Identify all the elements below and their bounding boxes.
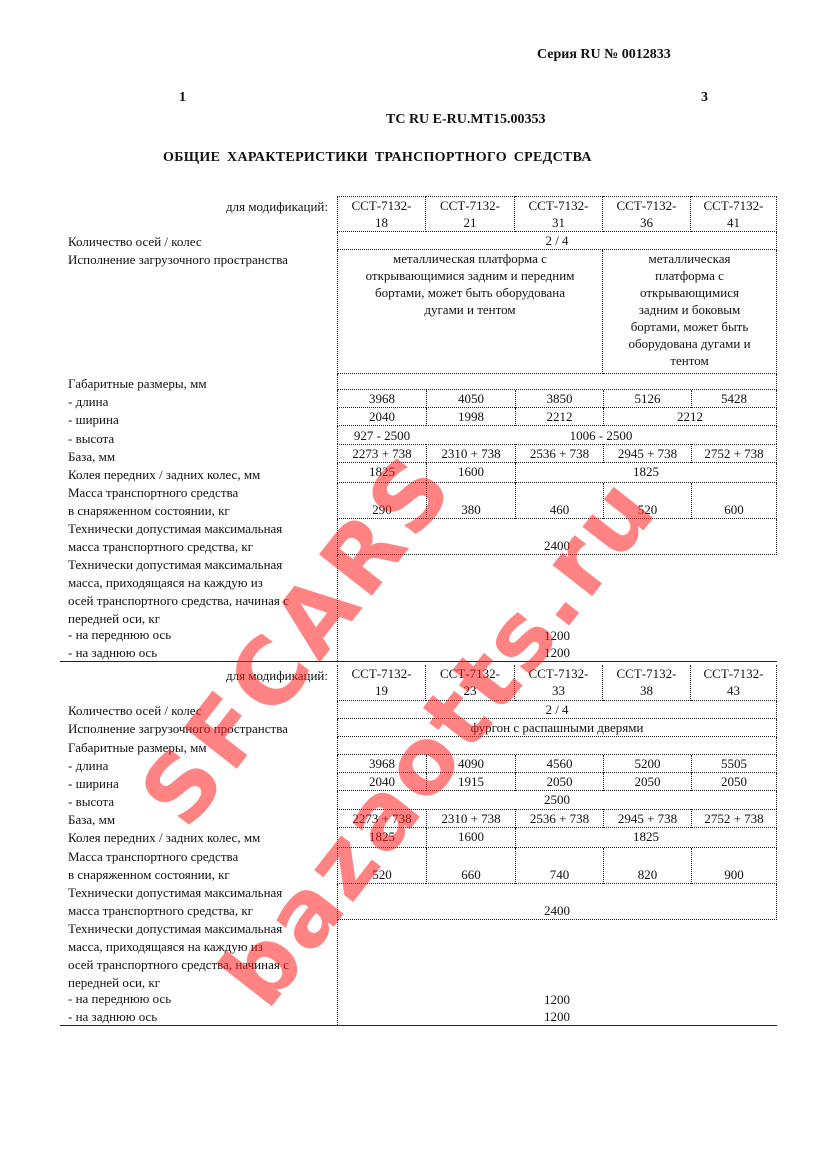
cargo-line: платформа с (655, 267, 724, 284)
model-cell: ССТ-7132-18 (337, 196, 426, 232)
height-value: 2500 (337, 791, 777, 809)
width-value: 1998 (426, 408, 515, 426)
length-value: 3850 (515, 390, 603, 408)
track-value: 1600 (426, 828, 515, 848)
cargo-line: тентом (670, 352, 708, 369)
rear-axle-value: 1200 (337, 644, 777, 661)
curb-mass-value: 600 (691, 483, 777, 519)
width-value: 2050 (515, 773, 603, 791)
label-axle-mass-2: масса, приходящаяся на каждую из (68, 574, 263, 591)
model-cell: ССТ-7132-23 (426, 665, 515, 701)
model-cell: ССТ-7132-38 (603, 665, 691, 701)
label-track: Колея передних / задних колес, мм (68, 829, 260, 846)
model-suffix: 41 (727, 214, 740, 231)
label-axle-mass-4: передней оси, кг (68, 974, 160, 991)
cargo-description-b: металлическая платформа с открывающимися… (603, 250, 777, 374)
base-value: 2752 + 738 (691, 444, 777, 463)
cargo-line: открывающимися задним и передним (366, 267, 575, 284)
base-value: 2945 + 738 (603, 809, 691, 828)
curb-mass-value: 820 (603, 848, 691, 884)
curb-mass-value: 380 (426, 483, 515, 519)
model-code: ССТ-7132- (704, 665, 764, 682)
length-value: 5200 (603, 755, 691, 773)
model-suffix: 36 (640, 214, 653, 231)
label-base: База, мм (68, 448, 115, 465)
block-separator (60, 661, 777, 662)
model-cell: ССТ-7132-31 (515, 196, 603, 232)
cargo-description-a: металлическая платформа с открывающимися… (337, 250, 603, 374)
track-value: 1825 (337, 463, 426, 483)
length-value: 5505 (691, 755, 777, 773)
front-axle-value: 1200 (337, 626, 777, 644)
model-suffix: 23 (464, 682, 477, 699)
label-axle-mass: Технически допустимая максимальная (68, 920, 282, 937)
model-code: ССТ-7132- (352, 197, 412, 214)
model-cell: ССТ-7132-21 (426, 196, 515, 232)
track-value: 1825 (515, 828, 777, 848)
height-value: 927 - 2500 (337, 426, 426, 444)
label-curb-mass-2: в снаряженном состоянии, кг (68, 866, 230, 883)
track-value: 1825 (515, 463, 777, 483)
cargo-line: металлическая (649, 250, 731, 267)
dims-spacer (337, 737, 777, 755)
model-code: ССТ-7132- (440, 665, 500, 682)
base-value: 2536 + 738 (515, 444, 603, 463)
dims-spacer (337, 374, 777, 390)
rear-axle-value: 1200 (337, 1008, 777, 1025)
label-length: - длина (68, 757, 108, 774)
model-cell: ССТ-7132-33 (515, 665, 603, 701)
page-number-left: 1 (179, 90, 186, 106)
label-width: - ширина (68, 775, 119, 792)
label-axle-mass-3: осей транспортного средства, начиная с (68, 592, 289, 609)
width-value: 2040 (337, 773, 426, 791)
curb-mass-value: 460 (515, 483, 603, 519)
width-value: 1915 (426, 773, 515, 791)
model-code: ССТ-7132- (440, 197, 500, 214)
model-suffix: 21 (464, 214, 477, 231)
label-dims: Габаритные размеры, мм (68, 739, 207, 756)
height-value: 1006 - 2500 (426, 426, 777, 444)
model-cell: ССТ-7132-36 (603, 196, 691, 232)
model-code: ССТ-7132- (529, 197, 589, 214)
label-max-mass: Технически допустимая максимальная (68, 520, 282, 537)
label-base: База, мм (68, 811, 115, 828)
cargo-line: бортами, может быть оборудована (375, 284, 565, 301)
width-value: 2212 (603, 408, 777, 426)
width-value: 2050 (603, 773, 691, 791)
label-cargo: Исполнение загрузочного пространства (68, 251, 288, 268)
certificate-number: ТС RU E-RU.МТ15.00353 (386, 112, 545, 128)
label-axle-mass-3: осей транспортного средства, начиная с (68, 956, 289, 973)
cargo-line: металлическая платформа с (393, 250, 547, 267)
width-value: 2212 (515, 408, 603, 426)
series-number: Серия RU № 0012833 (537, 47, 671, 63)
label-modifications: для модификаций: (60, 198, 328, 215)
label-front-axle: - на переднюю ось (68, 626, 171, 643)
base-value: 2273 + 738 (337, 809, 426, 828)
cargo-line: открывающимися (640, 284, 739, 301)
length-value: 5428 (691, 390, 777, 408)
width-value: 2050 (691, 773, 777, 791)
label-axle-mass: Технически допустимая максимальная (68, 556, 282, 573)
max-mass-value: 2400 (337, 519, 777, 555)
model-code: ССТ-7132- (617, 665, 677, 682)
cargo-line: бортами, может быть (631, 318, 749, 335)
label-rear-axle: - на заднюю ось (68, 1008, 157, 1025)
length-value: 4050 (426, 390, 515, 408)
label-front-axle: - на переднюю ось (68, 990, 171, 1007)
curb-mass-value: 520 (337, 848, 426, 884)
label-width: - ширина (68, 411, 119, 428)
model-cell: ССТ-7132-41 (691, 196, 777, 232)
track-value: 1600 (426, 463, 515, 483)
model-code: ССТ-7132- (617, 197, 677, 214)
cargo-line: оборудована дугами и (628, 335, 750, 352)
label-axle-mass-2: масса, приходящаяся на каждую из (68, 938, 263, 955)
table-bottom-rule (60, 1025, 777, 1026)
model-suffix: 38 (640, 682, 653, 699)
length-value: 4560 (515, 755, 603, 773)
track-value: 1825 (337, 828, 426, 848)
base-value: 2310 + 738 (426, 809, 515, 828)
label-cargo: Исполнение загрузочного пространства (68, 720, 288, 737)
model-suffix: 19 (375, 682, 388, 699)
model-cell: ССТ-7132-43 (691, 665, 777, 701)
model-suffix: 18 (375, 214, 388, 231)
page-title: ОБЩИЕ ХАРАКТЕРИСТИКИ ТРАНСПОРТНОГО СРЕДС… (163, 150, 592, 166)
curb-mass-value: 740 (515, 848, 603, 884)
label-axles: Количество осей / колес (68, 702, 202, 719)
label-max-mass-2: масса транспортного средства, кг (68, 902, 253, 919)
model-code: ССТ-7132- (529, 665, 589, 682)
curb-mass-value: 290 (337, 483, 426, 519)
label-height: - высота (68, 430, 114, 447)
label-modifications: для модификаций: (60, 667, 328, 684)
label-max-mass-2: масса транспортного средства, кг (68, 538, 253, 555)
curb-mass-value: 900 (691, 848, 777, 884)
label-rear-axle: - на заднюю ось (68, 644, 157, 661)
model-suffix: 43 (727, 682, 740, 699)
model-code: ССТ-7132- (704, 197, 764, 214)
label-dims: Габаритные размеры, мм (68, 375, 207, 392)
label-max-mass: Технически допустимая максимальная (68, 884, 282, 901)
label-curb-mass-2: в снаряженном состоянии, кг (68, 502, 230, 519)
page-number-right: 3 (701, 90, 708, 106)
cargo-line: задним и боковым (639, 301, 741, 318)
label-axle-mass-4: передней оси, кг (68, 610, 160, 627)
length-value: 4090 (426, 755, 515, 773)
label-axles: Количество осей / колес (68, 233, 202, 250)
length-value: 3968 (337, 755, 426, 773)
max-mass-value: 2400 (337, 884, 777, 920)
base-value: 2536 + 738 (515, 809, 603, 828)
width-value: 2040 (337, 408, 426, 426)
front-axle-value: 1200 (337, 990, 777, 1008)
base-value: 2752 + 738 (691, 809, 777, 828)
curb-mass-value: 520 (603, 483, 691, 519)
model-code: ССТ-7132- (352, 665, 412, 682)
model-suffix: 31 (552, 214, 565, 231)
curb-mass-value: 660 (426, 848, 515, 884)
length-value: 5126 (603, 390, 691, 408)
label-height: - высота (68, 793, 114, 810)
axles-value: 2 / 4 (337, 701, 777, 719)
label-track: Колея передних / задних колес, мм (68, 466, 260, 483)
base-value: 2310 + 738 (426, 444, 515, 463)
label-curb-mass: Масса транспортного средства (68, 484, 238, 501)
length-value: 3968 (337, 390, 426, 408)
base-value: 2945 + 738 (603, 444, 691, 463)
base-value: 2273 + 738 (337, 444, 426, 463)
cargo-description: фургон с распашными дверями (337, 719, 777, 737)
model-cell: ССТ-7132-19 (337, 665, 426, 701)
axles-value: 2 / 4 (337, 232, 777, 250)
label-length: - длина (68, 393, 108, 410)
cargo-line: дугами и тентом (424, 301, 515, 318)
label-curb-mass: Масса транспортного средства (68, 848, 238, 865)
model-suffix: 33 (552, 682, 565, 699)
